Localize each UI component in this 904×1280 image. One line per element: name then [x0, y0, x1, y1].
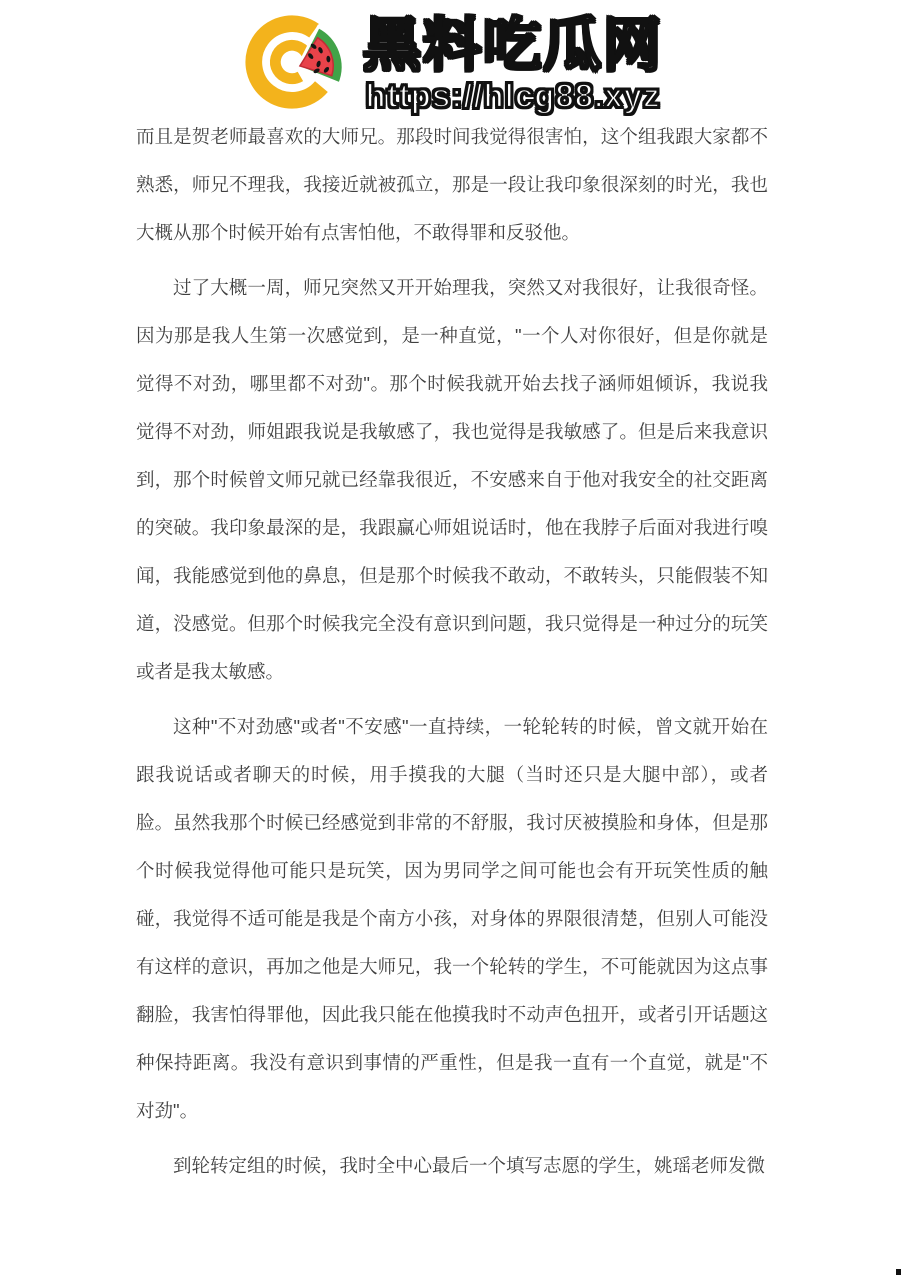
site-name: 黑料吃瓜网	[363, 12, 663, 79]
site-header: 黑料吃瓜网 https://hlcg88.xyz	[0, 0, 904, 112]
paragraph-1: 而且是贺老师最喜欢的大师兄。那段时间我觉得很害怕，这个组我跟大家都不熟悉，师兄不…	[136, 113, 768, 257]
paragraph-2: 过了大概一周，师兄突然又开开始理我，突然又对我很好，让我很奇怪。因为那是我人生第…	[136, 264, 768, 696]
paragraph-3: 这种"不对劲感"或者"不安感"一直持续，一轮轮转的时候，曾文就开始在跟我说话或者…	[136, 703, 768, 1135]
logo-text: 黑料吃瓜网 https://hlcg88.xyz	[363, 12, 663, 112]
watermelon-logo-icon	[241, 12, 349, 112]
site-url: https://hlcg88.xyz	[366, 79, 661, 112]
article-body: 而且是贺老师最喜欢的大师兄。那段时间我觉得很害怕，这个组我跟大家都不熟悉，师兄不…	[136, 113, 768, 1190]
paragraph-4: 到轮转定组的时候，我时全中心最后一个填写志愿的学生，姚瑶老师发微	[136, 1142, 768, 1190]
document-page: 黑料吃瓜网 https://hlcg88.xyz 而且是贺老师最喜欢的大师兄。那…	[0, 0, 904, 1280]
site-logo: 黑料吃瓜网 https://hlcg88.xyz	[241, 12, 663, 112]
page-corner-mark	[896, 1269, 901, 1275]
